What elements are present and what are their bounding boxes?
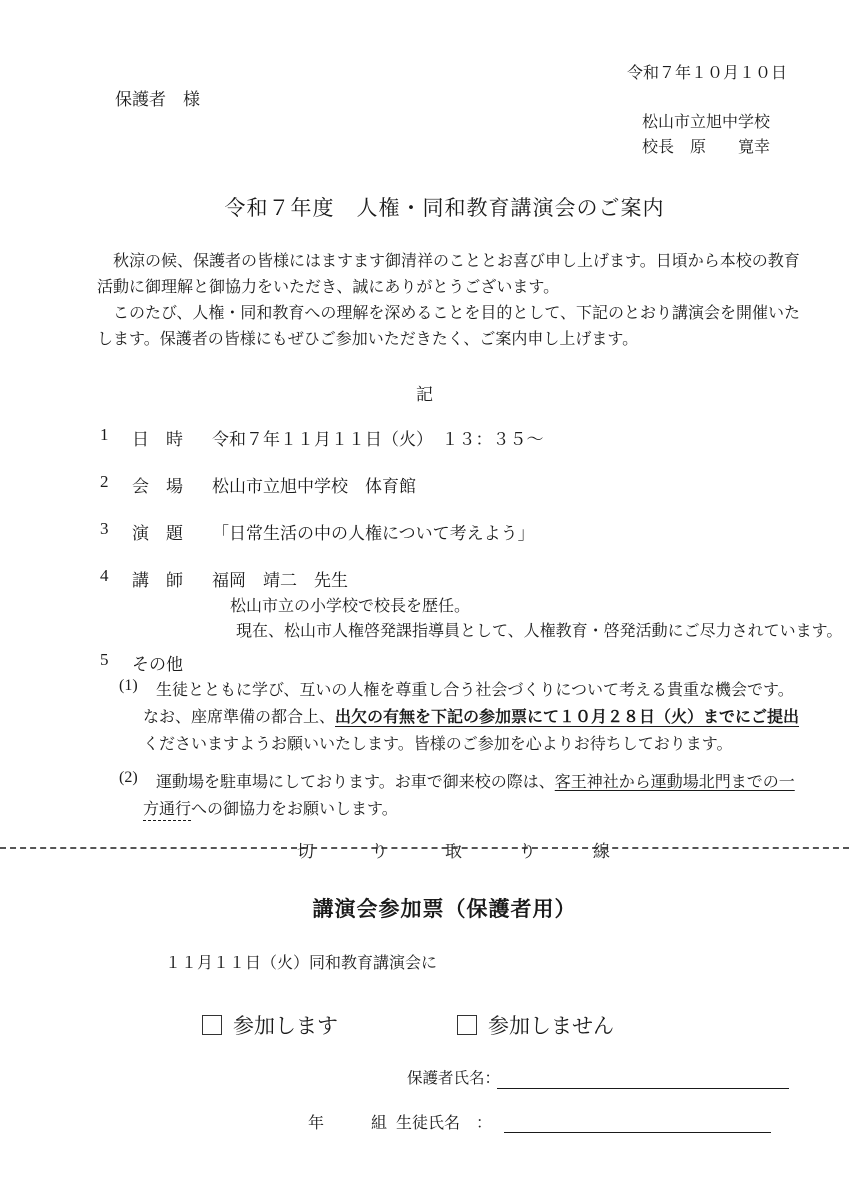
item-other: 5 その他: [97, 650, 212, 675]
note-text: なお、座席準備の都合上、: [143, 704, 335, 727]
class-label: 組: [371, 1110, 387, 1133]
note-text: くださいますようお願いいたします。皆様のご参加を心よりお待ちしております。: [143, 731, 732, 754]
item-label: 演 題: [132, 519, 212, 544]
guardian-name-label: 保護者氏名：: [407, 1066, 500, 1088]
paragraph-line: 秋涼の候、保護者の皆様にはますます御清祥のこととお喜び申し上げます。日頃から本校…: [97, 249, 800, 275]
cut-char: 取: [445, 837, 462, 862]
issue-date: 令和７年１０月１０日: [627, 60, 787, 83]
cut-char: 切: [297, 837, 314, 862]
item-value: 「日常生活の中の人権について考えよう」: [212, 519, 535, 544]
item-datetime: 1 日 時 令和７年１１月１１日（火） １３：３５～: [97, 425, 544, 450]
cut-char: り: [519, 837, 536, 862]
colon: ：: [476, 1110, 492, 1133]
checkbox-label: 参加しません: [488, 1010, 614, 1040]
item-value: 福岡 靖二 先生: [212, 566, 348, 591]
greeting-paragraph-1: 秋涼の候、保護者の皆様にはますます御清祥のこととお喜び申し上げます。日頃から本校…: [97, 249, 800, 301]
student-row: 年 組 生徒氏名 ：: [308, 1110, 771, 1133]
checkbox-attend[interactable]: 参加します: [202, 1012, 338, 1038]
paragraph-line: このたび、人権・同和教育への理解を深めることを目的として、下記のとおり講演会を開…: [97, 301, 800, 327]
cut-char: り: [371, 837, 388, 862]
recipient: 保護者 様: [115, 85, 200, 110]
sender-school: 松山市立旭中学校: [642, 109, 770, 132]
document-page: 令和７年１０月１０日 保護者 様 松山市立旭中学校 校長 原 寛幸 令和７年度 …: [0, 0, 849, 1200]
cut-line: 切 り 取 り 線: [0, 836, 849, 860]
route-underline: 客王神社から運動場北門までの一: [555, 769, 795, 792]
cut-char: 線: [593, 837, 610, 862]
item-label: 講 師: [132, 566, 212, 591]
item-venue: 2 会 場 松山市立旭中学校 体育館: [97, 472, 416, 497]
slip-title: 講演会参加票（保護者用）: [97, 893, 792, 923]
note-text: 生徒とともに学び、互いの人権を尊重し合う社会づくりについて考える貴重な機会です。: [156, 677, 794, 700]
slip-event-line: １１月１１日（火）同和教育講演会に: [165, 950, 437, 973]
lecturer-bio-line: 現在、松山市人権啓発課指導員として、人権教育・啓発活動にご尽力されています。: [236, 618, 842, 641]
paragraph-line: します。保護者の皆様にもぜひご参加いただきたく、ご案内申し上げます。: [97, 327, 800, 353]
item-number: 4: [100, 566, 132, 591]
note-text: への御協力をお願いします。: [191, 796, 398, 821]
item-number: 1: [100, 425, 132, 450]
item-label: 日 時: [132, 425, 212, 450]
note-1-line-1: (1) 生徒とともに学び、互いの人権を尊重し合う社会づくりについて考える貴重な機…: [119, 677, 794, 700]
note-text: 運動場を駐車場にしております。お車で御来校の際は、: [156, 769, 555, 792]
note-marker: (2): [119, 769, 156, 792]
ki-marker: 記: [0, 380, 849, 405]
student-name-field[interactable]: [504, 1110, 771, 1133]
deadline-emphasis: 出欠の有無を下記の参加票にて１０月２８日（火）までにご提出: [335, 704, 799, 727]
note-2-line-2: 方通行 への御協力をお願いします。: [143, 796, 398, 821]
student-name-label: 生徒氏名: [396, 1110, 460, 1133]
lecturer-bio-line: 松山市立の小学校で校長を歴任。: [230, 593, 470, 616]
item-lecturer: 4 講 師 福岡 靖二 先生: [97, 566, 348, 591]
checkbox-icon[interactable]: [457, 1015, 477, 1035]
note-marker: (1): [119, 677, 156, 700]
item-label: 会 場: [132, 472, 212, 497]
year-label: 年: [308, 1110, 324, 1133]
checkbox-icon[interactable]: [202, 1015, 222, 1035]
route-underline-continued: 方通行: [143, 796, 191, 821]
guardian-name-field[interactable]: [497, 1066, 789, 1089]
greeting-paragraph-2: このたび、人権・同和教育への理解を深めることを目的として、下記のとおり講演会を開…: [97, 301, 800, 353]
item-number: 3: [100, 519, 132, 544]
checkbox-label: 参加します: [233, 1010, 338, 1040]
item-value: 令和７年１１月１１日（火） １３：３５～: [212, 425, 544, 450]
item-number: 5: [100, 650, 132, 675]
item-number: 2: [100, 472, 132, 497]
checkbox-not-attend[interactable]: 参加しません: [457, 1012, 614, 1038]
note-1-line-3: くださいますようお願いいたします。皆様のご参加を心よりお待ちしております。: [143, 731, 732, 754]
document-title: 令和７年度 人権・同和教育講演会のご案内: [97, 192, 792, 222]
item-value: 松山市立旭中学校 体育館: [212, 472, 416, 497]
note-1-line-2: なお、座席準備の都合上、 出欠の有無を下記の参加票にて１０月２８日（火）までにご…: [143, 704, 799, 727]
paragraph-line: 活動に御理解と御協力をいただき、誠にありがとうございます。: [97, 275, 800, 301]
item-topic: 3 演 題 「日常生活の中の人権について考えよう」: [97, 519, 535, 544]
sender-principal: 校長 原 寛幸: [642, 134, 770, 157]
note-2-line-1: (2) 運動場を駐車場にしております。お車で御来校の際は、 客王神社から運動場北…: [119, 769, 795, 792]
cut-line-label: 切 り 取 り 線: [297, 837, 610, 862]
item-label: その他: [132, 650, 212, 675]
